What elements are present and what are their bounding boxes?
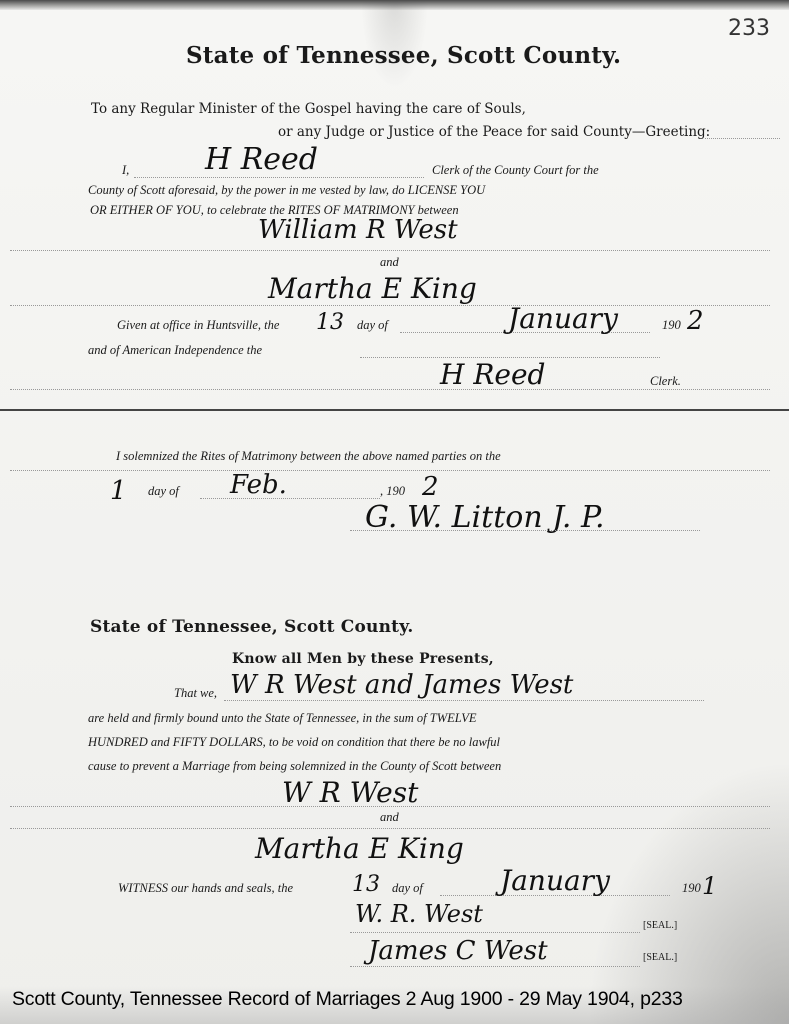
ruled-line (10, 305, 770, 306)
clerk-label: Clerk. (650, 374, 681, 389)
bride-name-handwritten: Martha E King (268, 272, 477, 305)
day-of-label: day of (148, 484, 179, 499)
section-divider (0, 409, 789, 411)
license-title: State of Tennessee, Scott County. (186, 42, 621, 69)
ruled-line (10, 806, 770, 807)
and-label: and (380, 255, 399, 270)
bond-signature-2-handwritten: James C West (368, 936, 548, 966)
bond-subtitle: Know all Men by these Presents, (232, 651, 494, 667)
day-of-label: day of (357, 318, 388, 333)
solemnization-month-handwritten: Feb. (230, 470, 287, 500)
clerk-suffix: Clerk of the County Court for the (432, 163, 599, 178)
clerk-prefix: I, (122, 163, 129, 178)
license-body-line-2: County of Scott aforesaid, by the power … (88, 183, 485, 198)
given-month-handwritten: January (508, 302, 618, 335)
and-label: and (380, 810, 399, 825)
page-number: 233 (728, 16, 770, 41)
bond-title: State of Tennessee, Scott County. (90, 617, 413, 637)
ruled-line (350, 530, 700, 531)
solemnization-statement: I solemnized the Rites of Matrimony betw… (116, 449, 501, 464)
witness-day-handwritten: 13 (352, 872, 380, 897)
that-we-label: That we, (174, 686, 217, 701)
independence-label: and of American Independence the (88, 343, 262, 358)
witness-month-handwritten: January (500, 864, 610, 897)
solemnization-year-handwritten: 2 (422, 472, 439, 502)
ruled-line (224, 700, 704, 701)
ruled-line (10, 470, 770, 471)
ruled-line (350, 932, 640, 933)
witness-year-printed: 190 (682, 881, 701, 896)
solemnization-day-handwritten: 1 (110, 476, 127, 506)
bond-body-line-3: cause to prevent a Marriage from being s… (88, 759, 501, 774)
ruled-line (705, 138, 780, 139)
seal-label-1: [SEAL.] (643, 920, 677, 931)
given-year-printed: 190 (662, 318, 681, 333)
bond-bride-handwritten: Martha E King (255, 832, 464, 865)
document-page: 233 State of Tennessee, Scott County. To… (0, 0, 789, 1024)
given-day-handwritten: 13 (316, 310, 344, 335)
witness-year-handwritten: 1 (702, 872, 717, 900)
groom-name-handwritten: William R West (258, 215, 458, 245)
given-year-handwritten: 2 (687, 306, 704, 336)
seal-label-2: [SEAL.] (643, 952, 677, 963)
bondsmen-handwritten: W R West and James West (230, 670, 573, 700)
greeting-line-2: or any Judge or Justice of the Peace for… (278, 124, 710, 140)
bond-groom-handwritten: W R West (282, 776, 418, 809)
ruled-line (10, 250, 770, 251)
given-prefix: Given at office in Huntsville, the (117, 318, 279, 333)
solemnization-year-printed: , 190 (380, 484, 405, 499)
ruled-line (350, 966, 640, 967)
footer-caption: Scott County, Tennessee Record of Marria… (12, 988, 683, 1011)
ruled-line (200, 498, 380, 499)
clerk-name-handwritten: H Reed (205, 142, 318, 177)
bond-signature-1-handwritten: W. R. West (355, 900, 483, 928)
ruled-line (10, 389, 770, 390)
ruled-line (10, 828, 770, 829)
ruled-line (134, 177, 424, 178)
witness-prefix: WITNESS our hands and seals, the (118, 881, 293, 896)
clerk-signature-handwritten: H Reed (440, 358, 545, 391)
day-of-label: day of (392, 881, 423, 896)
scan-edge-shadow (0, 0, 789, 10)
bond-body-line-2: HUNDRED and FIFTY DOLLARS, to be void on… (88, 735, 500, 750)
greeting-line-1: To any Regular Minister of the Gospel ha… (91, 101, 526, 117)
bond-body-line-1: are held and firmly bound unto the State… (88, 711, 477, 726)
